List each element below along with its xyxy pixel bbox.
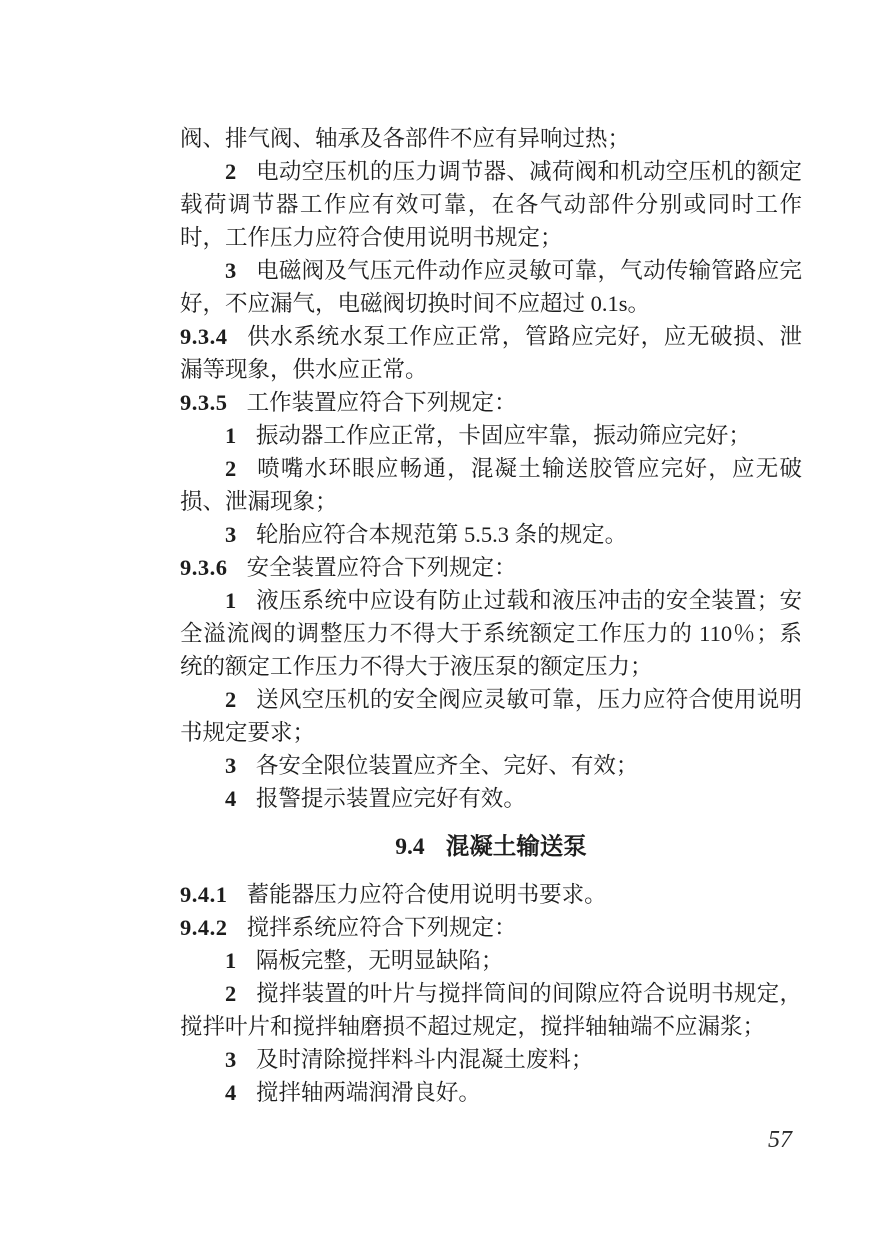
item-number: 1 [225, 948, 237, 973]
list-item: 2送风空压机的安全阀应灵敏可靠，压力应符合使用说明书规定要求； [180, 683, 802, 749]
document-body: 阀、排气阀、轴承及各部件不应有异响过热； 2电动空压机的压力调节器、减荷阀和机动… [180, 122, 802, 1155]
page-number: 57 [180, 1125, 802, 1155]
clause-number: 9.4.2 [180, 915, 228, 940]
paragraph-text: 搅拌装置的叶片与搅拌筒间的间隙应符合说明书规定，搅拌叶片和搅拌轴磨损不超过规定，… [180, 981, 802, 1039]
clause-paragraph: 9.4.2搅拌系统应符合下列规定： [180, 911, 802, 944]
document-page: 阀、排气阀、轴承及各部件不应有异响过热； 2电动空压机的压力调节器、减荷阀和机动… [0, 0, 878, 1241]
paragraph-text: 搅拌系统应符合下列规定： [247, 915, 517, 940]
paragraph-text: 振动器工作应正常，卡固应牢靠，振动筛应完好； [256, 423, 751, 448]
clause-paragraph: 9.3.4供水系统水泵工作应正常，管路应完好，应无破损、泄漏等现象，供水应正常。 [180, 320, 802, 386]
list-item: 1振动器工作应正常，卡固应牢靠，振动筛应完好； [180, 419, 802, 452]
item-number: 1 [225, 423, 237, 448]
paragraph-text: 报警提示装置应完好有效。 [256, 786, 526, 811]
clause-number: 9.3.6 [180, 555, 228, 580]
clause-paragraph: 9.4.1蓄能器压力应符合使用说明书要求。 [180, 878, 802, 911]
paragraph-text: 安全装置应符合下列规定： [247, 555, 517, 580]
list-item: 2搅拌装置的叶片与搅拌筒间的间隙应符合说明书规定，搅拌叶片和搅拌轴磨损不超过规定… [180, 977, 802, 1043]
list-item: 3各安全限位装置应齐全、完好、有效； [180, 749, 802, 782]
paragraph-text: 隔板完整，无明显缺陷； [256, 948, 504, 973]
item-number: 2 [225, 159, 237, 184]
clause-paragraph: 9.3.5工作装置应符合下列规定： [180, 386, 802, 419]
item-number: 3 [225, 1047, 237, 1072]
list-item: 1隔板完整，无明显缺陷； [180, 944, 802, 977]
clause-number: 9.3.5 [180, 390, 228, 415]
list-item: 3电磁阀及气压元件动作应灵敏可靠，气动传输管路应完好，不应漏气，电磁阀切换时间不… [180, 254, 802, 320]
paragraph-text: 喷嘴水环眼应畅通，混凝土输送胶管应完好，应无破损、泄漏现象； [180, 456, 802, 514]
section-heading: 9.4混凝土输送泵 [180, 830, 802, 864]
list-item: 2电动空压机的压力调节器、减荷阀和机动空压机的额定载荷调节器工作应有效可靠，在各… [180, 155, 802, 254]
list-item: 3及时清除搅拌料斗内混凝土废料； [180, 1043, 802, 1076]
paragraph-text: 搅拌轴两端润滑良好。 [256, 1080, 481, 1105]
list-item: 2喷嘴水环眼应畅通，混凝土输送胶管应完好，应无破损、泄漏现象； [180, 452, 802, 518]
list-item: 1液压系统中应设有防止过载和液压冲击的安全装置；安全溢流阀的调整压力不得大于系统… [180, 584, 802, 683]
paragraph-text: 及时清除搅拌料斗内混凝土废料； [256, 1047, 594, 1072]
item-number: 3 [225, 258, 237, 283]
paragraph-text: 送风空压机的安全阀应灵敏可靠，压力应符合使用说明书规定要求； [180, 687, 802, 745]
item-number: 3 [225, 753, 237, 778]
paragraph-text: 蓄能器压力应符合使用说明书要求。 [247, 882, 607, 907]
paragraph-text: 电动空压机的压力调节器、减荷阀和机动空压机的额定载荷调节器工作应有效可靠，在各气… [180, 159, 802, 250]
section-heading-title: 混凝土输送泵 [446, 833, 587, 859]
paragraph-text: 阀、排气阀、轴承及各部件不应有异响过热； [180, 126, 630, 151]
paragraph-text: 轮胎应符合本规范第 5.5.3 条的规定。 [256, 522, 627, 547]
clause-number: 9.3.4 [180, 324, 228, 349]
clause-paragraph: 9.3.6安全装置应符合下列规定： [180, 551, 802, 584]
item-number: 4 [225, 1080, 237, 1105]
clause-number: 9.4.1 [180, 882, 228, 907]
paragraph-text: 供水系统水泵工作应正常，管路应完好，应无破损、泄漏等现象，供水应正常。 [180, 324, 802, 382]
item-number: 3 [225, 522, 237, 547]
item-number: 4 [225, 786, 237, 811]
paragraph-text: 电磁阀及气压元件动作应灵敏可靠，气动传输管路应完好，不应漏气，电磁阀切换时间不应… [180, 258, 802, 316]
section-heading-number: 9.4 [395, 834, 424, 860]
list-item: 3轮胎应符合本规范第 5.5.3 条的规定。 [180, 518, 802, 551]
list-item: 4搅拌轴两端润滑良好。 [180, 1076, 802, 1109]
item-number: 2 [225, 981, 237, 1006]
paragraph-continuation: 阀、排气阀、轴承及各部件不应有异响过热； [180, 122, 802, 155]
paragraph-text: 液压系统中应设有防止过载和液压冲击的安全装置；安全溢流阀的调整压力不得大于系统额… [180, 588, 802, 679]
item-number: 2 [225, 456, 237, 481]
list-item: 4报警提示装置应完好有效。 [180, 782, 802, 815]
paragraph-text: 各安全限位装置应齐全、完好、有效； [256, 753, 639, 778]
paragraph-text: 工作装置应符合下列规定： [247, 390, 517, 415]
item-number: 2 [225, 687, 237, 712]
item-number: 1 [225, 588, 237, 613]
